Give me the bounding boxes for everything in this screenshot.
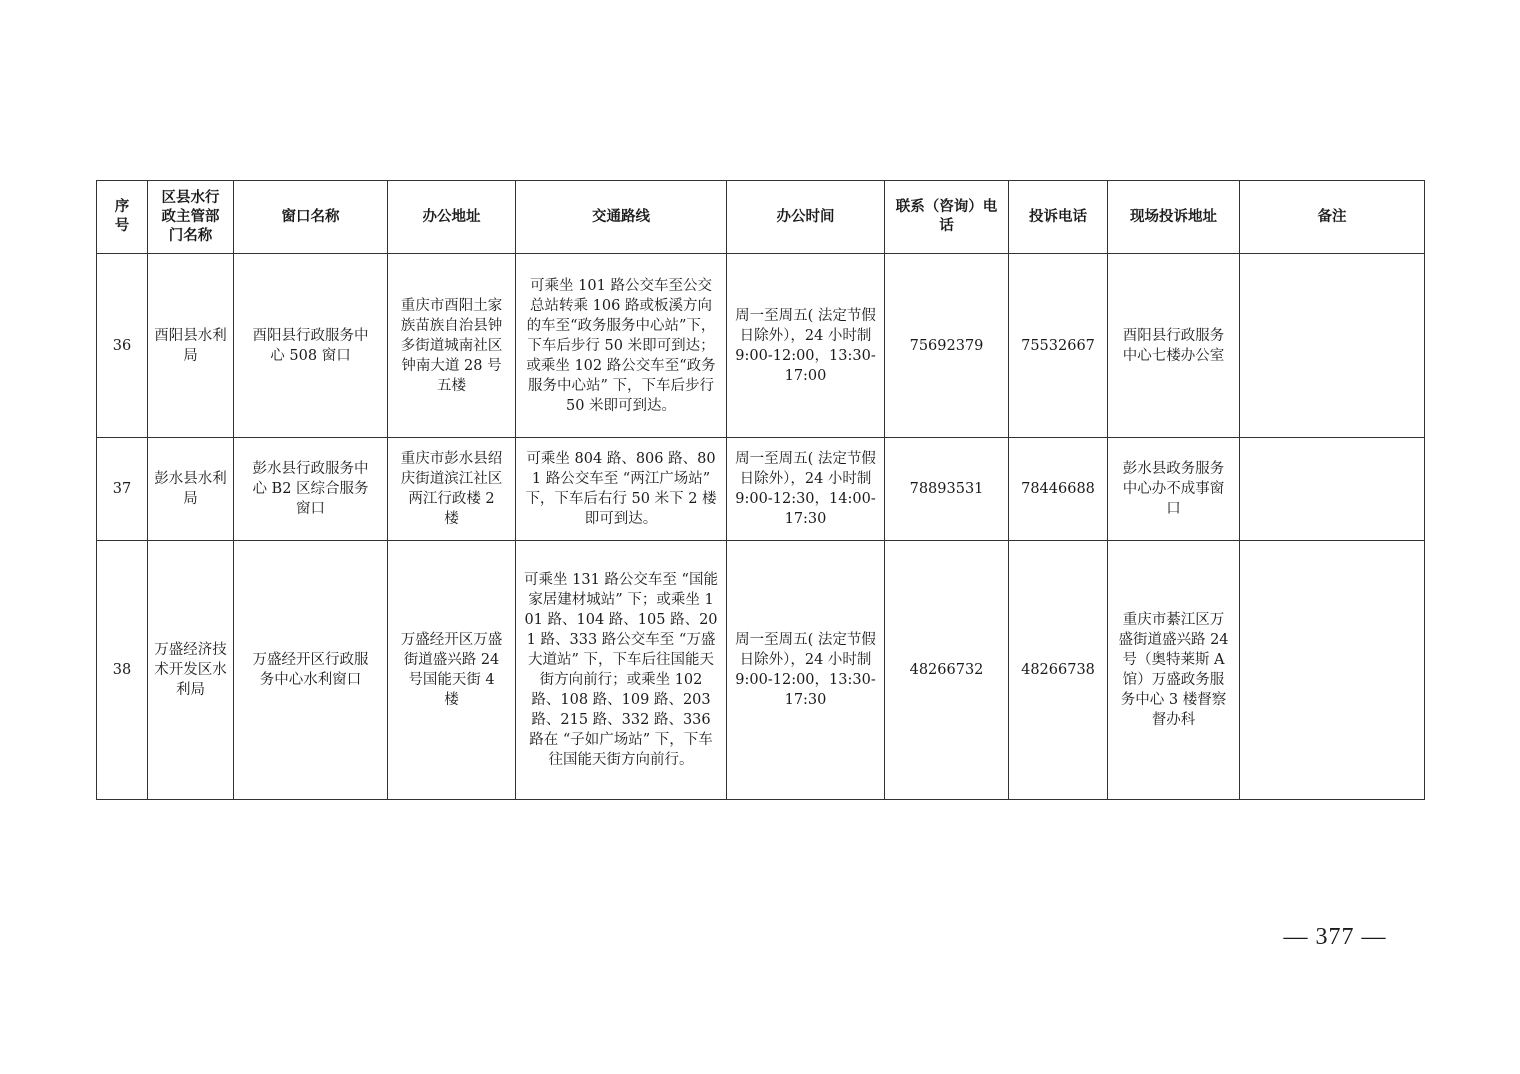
header-office-hours: 办公时间 [727, 181, 885, 254]
row-complaint-address: 酉阳县行政服务中心七楼办公室 [1108, 254, 1240, 438]
row-remarks [1240, 438, 1425, 541]
header-complaint-address: 现场投诉地址 [1108, 181, 1240, 254]
row-index: 36 [97, 254, 148, 438]
service-window-table: 序号 区县水行政主管部门名称 窗口名称 办公地址 交通路线 办公时间 联系（咨询… [96, 180, 1425, 800]
header-complaint-phone: 投诉电话 [1009, 181, 1108, 254]
row-window-name: 彭水县行政服务中心 B2 区综合服务窗口 [234, 438, 388, 541]
row-index: 37 [97, 438, 148, 541]
row-office-address: 万盛经开区万盛街道盛兴路 24 号国能天街 4 楼 [388, 541, 516, 800]
row-office-address: 重庆市酉阳土家族苗族自治县钟多街道城南社区钟南大道 28 号五楼 [388, 254, 516, 438]
row-office-hours: 周一至周五( 法定节假日除外），24 小时制 9:00-12:00，13:30-… [727, 254, 885, 438]
header-transport-route: 交通路线 [516, 181, 727, 254]
row-remarks [1240, 541, 1425, 800]
row-complaint-phone: 48266738 [1009, 541, 1108, 800]
row-complaint-phone: 75532667 [1009, 254, 1108, 438]
row-contact-phone: 75692379 [885, 254, 1009, 438]
row-office-address: 重庆市彭水县绍庆街道滨江社区两江行政楼 2 楼 [388, 438, 516, 541]
header-index: 序号 [97, 181, 148, 254]
row-transport-route: 可乘坐 131 路公交车至 “国能家居建材城站” 下；或乘坐 101 路、104… [516, 541, 727, 800]
row-office-hours: 周一至周五( 法定节假日除外），24 小时制 9:00-12:00，13:30-… [727, 541, 885, 800]
table-row: 36 酉阳县水利局 酉阳县行政服务中心 508 窗口 重庆市酉阳土家族苗族自治县… [97, 254, 1425, 438]
row-complaint-phone: 78446688 [1009, 438, 1108, 541]
row-department: 万盛经济技术开发区水利局 [148, 541, 234, 800]
row-complaint-address: 重庆市綦江区万盛街道盛兴路 24 号（奥特莱斯 A 馆）万盛政务服务中心 3 楼… [1108, 541, 1240, 800]
row-contact-phone: 48266732 [885, 541, 1009, 800]
row-index: 38 [97, 541, 148, 800]
table-row: 37 彭水县水利局 彭水县行政服务中心 B2 区综合服务窗口 重庆市彭水县绍庆街… [97, 438, 1425, 541]
header-department: 区县水行政主管部门名称 [148, 181, 234, 254]
header-office-address: 办公地址 [388, 181, 516, 254]
header-window-name: 窗口名称 [234, 181, 388, 254]
row-transport-route: 可乘坐 804 路、806 路、801 路公交车至 “两江广场站” 下，下车后右… [516, 438, 727, 541]
row-window-name: 酉阳县行政服务中心 508 窗口 [234, 254, 388, 438]
table-row: 38 万盛经济技术开发区水利局 万盛经开区行政服务中心水利窗口 万盛经开区万盛街… [97, 541, 1425, 800]
row-complaint-address: 彭水县政务服务中心办不成事窗口 [1108, 438, 1240, 541]
document-page: 序号 区县水行政主管部门名称 窗口名称 办公地址 交通路线 办公时间 联系（咨询… [0, 0, 1520, 1074]
header-contact-phone: 联系（咨询）电话 [885, 181, 1009, 254]
row-remarks [1240, 254, 1425, 438]
row-window-name: 万盛经开区行政服务中心水利窗口 [234, 541, 388, 800]
header-remarks: 备注 [1240, 181, 1425, 254]
row-contact-phone: 78893531 [885, 438, 1009, 541]
row-transport-route: 可乘坐 101 路公交车至公交总站转乘 106 路或板溪方向的车至“政务服务中心… [516, 254, 727, 438]
table-header-row: 序号 区县水行政主管部门名称 窗口名称 办公地址 交通路线 办公时间 联系（咨询… [97, 181, 1425, 254]
row-department: 酉阳县水利局 [148, 254, 234, 438]
page-number: — 377 — [1270, 924, 1400, 951]
row-department: 彭水县水利局 [148, 438, 234, 541]
row-office-hours: 周一至周五( 法定节假日除外），24 小时制 9:00-12:30，14:00-… [727, 438, 885, 541]
